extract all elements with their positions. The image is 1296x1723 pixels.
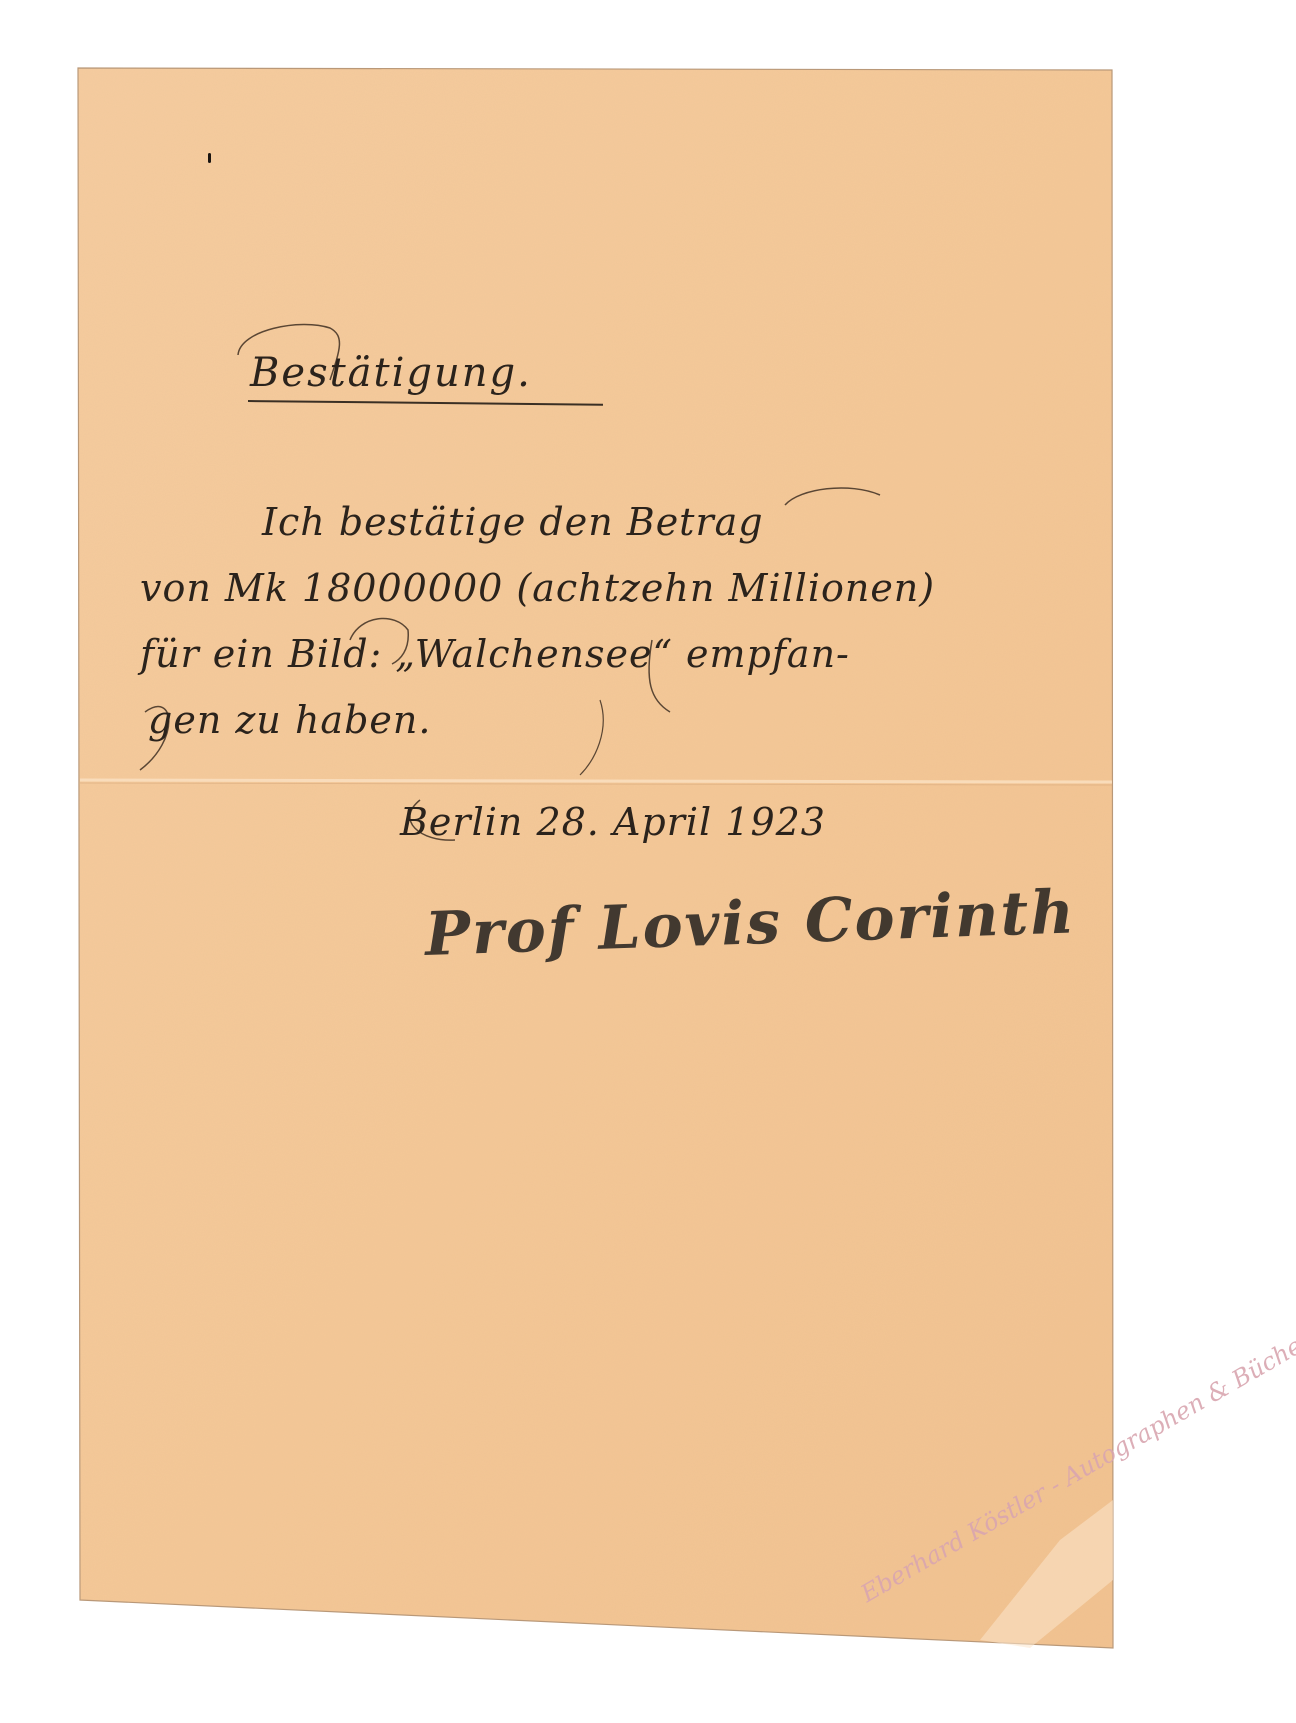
fold-line [80,780,1112,782]
body-line-3: für ein Bild: „Walchensee“ empfan- [140,632,850,676]
body-line-4: gen zu haben. [148,698,431,742]
body-line-1: Ich bestätige den Betrag [262,500,764,544]
body-line-2: von Mk 18000000 (achtzehn Millionen) [140,566,935,610]
document-heading: Bestätigung. [250,350,532,396]
pencil-mark [208,153,211,163]
place-date: Berlin 28. April 1923 [400,800,826,844]
